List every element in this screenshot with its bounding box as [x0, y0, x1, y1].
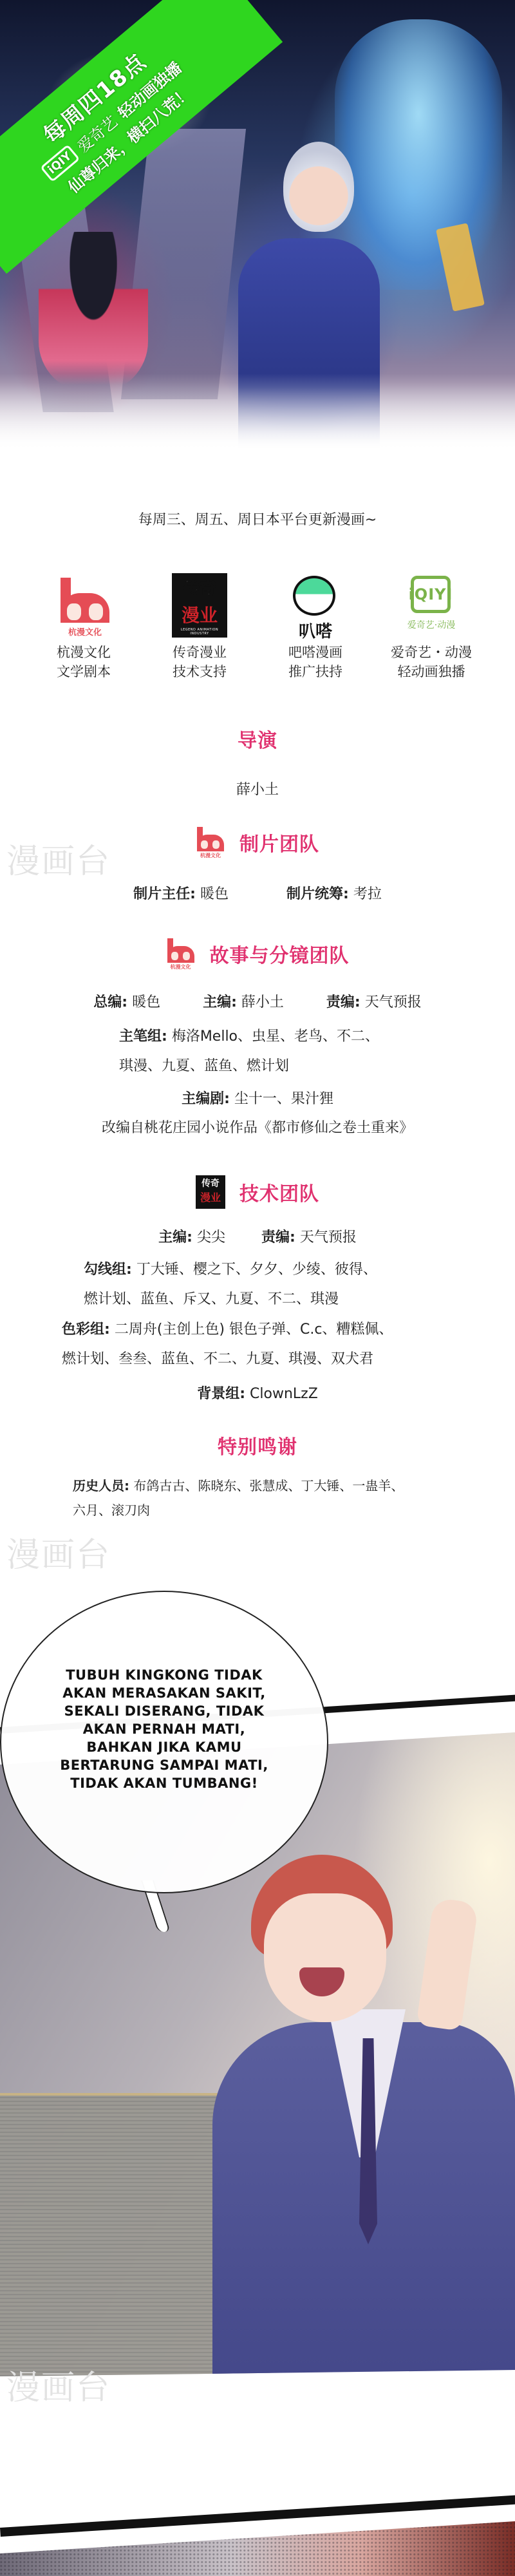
watermark: 漫画台 [6, 2360, 111, 2409]
raised-finger [416, 1897, 478, 2031]
bada-logo-icon: (-) 叭嗒 [286, 573, 344, 638]
tech-color: 色彩组: 二周舟(主创上色) 银色子弹、C.c、糟糕佩、 燃计划、叁叁、蓝鱼、不… [0, 1319, 515, 1370]
partner-role: 轻动画独播 [391, 662, 472, 681]
story-editors: 总编: 暖色 主编: 薛小土 责编: 天气预报 [0, 992, 515, 1014]
section-title: 导演 [238, 724, 277, 753]
hero-character-head [283, 142, 354, 232]
tech-background: 背景组: ClownLzZ [0, 1383, 515, 1405]
watermark: 漫画台 [6, 1528, 111, 1576]
partner-name: 吧嗒漫画 [288, 643, 342, 662]
section-title: 故事与分镜团队 [210, 940, 350, 968]
story-writers: 主编剧: 尘十一、果汁狸 [0, 1088, 515, 1110]
tech-editors: 主编: 尖尖 责编: 天气预报 [0, 1227, 515, 1249]
girl-character [39, 232, 148, 393]
tech-heading: 传奇 漫业 技术团队 [0, 1175, 515, 1209]
story-heading: 杭漫文化 故事与分镜团队 [0, 937, 515, 971]
cover-illustration: 每周四18点 iQIY 爱奇艺 轻动画独播 仙尊归来，横扫八荒！ [0, 0, 515, 451]
partner-bada: (-) 叭嗒 吧嗒漫画 推广扶持 [261, 573, 370, 681]
director-heading: 导演 [0, 724, 515, 753]
partner-iqiyi: iQIYI 爱奇艺·动漫 爱奇艺・动漫 轻动画独播 [377, 573, 486, 681]
hangman-logo-icon: 杭漫文化 [196, 826, 225, 859]
thanks-heading: 特别鸣谢 [0, 1431, 515, 1459]
man-in-suit-character [212, 1816, 515, 2376]
partner-logos: 杭漫文化 杭漫文化 文学剧本 传奇 漫业 LEGEND ANIMATION IN… [0, 573, 515, 681]
update-schedule: 每周三、周五、周日本平台更新漫画~ [0, 509, 515, 529]
iqiyi-logo-icon: iQIYI 爱奇艺·动漫 [399, 573, 464, 638]
speech-bubble: TUBUH KINGKONG TIDAK AKAN MERASAKAN SAKI… [0, 1591, 328, 1893]
chuanqi-logo-icon: 传奇 漫业 LEGEND ANIMATION INDUSTRY [172, 573, 227, 638]
production-credits: 制片主任: 暖色 制片统筹: 考拉 [0, 884, 515, 905]
hangman-logo-icon: 杭漫文化 [166, 937, 196, 971]
story-lead-artists: 主笔组: 梅洛Mello、虫星、老鸟、不二、 琪漫、九夏、蓝鱼、燃计划 [0, 1026, 515, 1077]
section-title: 技术团队 [239, 1178, 319, 1206]
partner-role: 技术支持 [173, 662, 227, 681]
partner-role: 文学剧本 [57, 662, 111, 681]
story-adaptation: 改编自桃花庄园小说作品《都市修仙之卷土重来》 [0, 1117, 515, 1139]
thanks-history: 历史人员: 布鸽古古、陈晓东、张慧成、丁大锤、一蛊羊、 六月、滚刀肉 [0, 1475, 515, 1521]
section-title: 制片团队 [239, 828, 319, 857]
speech-text: TUBUH KINGKONG TIDAK AKAN MERASAKAN SAKI… [48, 1666, 280, 1792]
production-heading: 杭漫文化 制片团队 [0, 826, 515, 859]
hangman-logo-icon: 杭漫文化 [58, 575, 109, 636]
partner-chuanqi: 传奇 漫业 LEGEND ANIMATION INDUSTRY 传奇漫业 技术支… [145, 573, 254, 681]
comic-panel [0, 2499, 515, 2576]
tech-line-art: 勾线组: 丁大锤、樱之下、夕夕、少绫、彼得、 燃计划、蓝鱼、斥又、九夏、不二、琪… [0, 1259, 515, 1311]
partner-name: 传奇漫业 [173, 643, 227, 662]
partner-hangman: 杭漫文化 杭漫文化 文学剧本 [29, 573, 138, 681]
chuanqi-logo-icon: 传奇 漫业 [196, 1175, 225, 1209]
director-name: 薛小土 [0, 779, 515, 801]
section-title: 特别鸣谢 [218, 1431, 297, 1459]
partner-name: 杭漫文化 [57, 643, 111, 662]
partner-role: 推广扶持 [288, 662, 342, 681]
partner-name: 爱奇艺・动漫 [391, 643, 472, 662]
